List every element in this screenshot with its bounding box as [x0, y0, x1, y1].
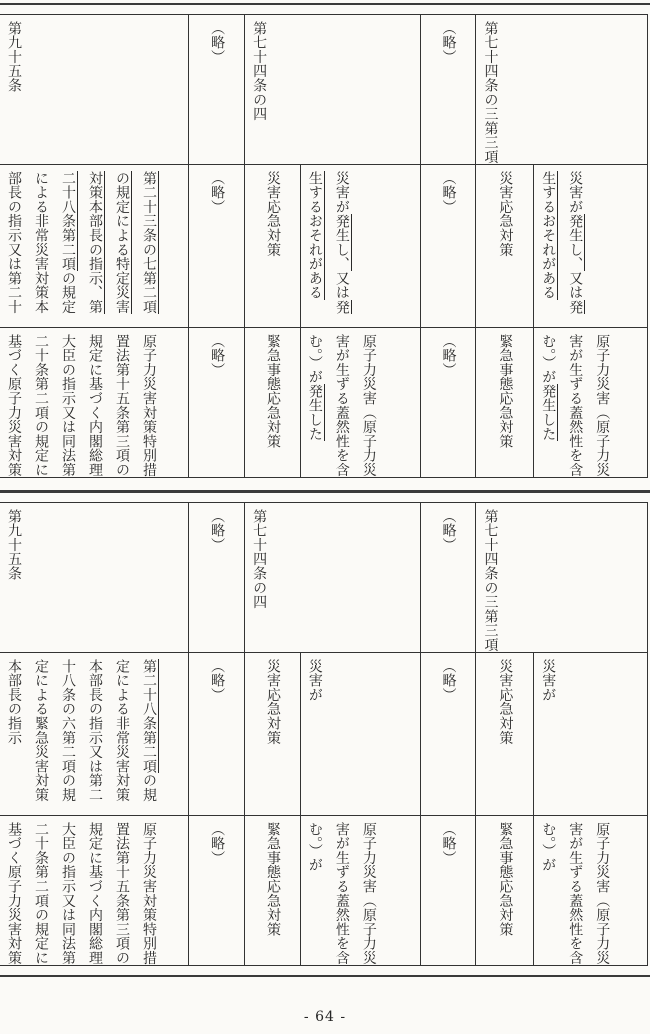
article-95-header-cell: 第九十五条 [0, 502, 189, 652]
vertical-text: （略） [435, 816, 462, 965]
vertical-text: 第二十八条第二項の規定による非常災害対策本部長の指示又は第二十八条の六第二項の規… [0, 653, 171, 815]
ryaku-cell: （略） [420, 165, 476, 328]
vertical-text: 災害が発生し、又は発生するおそれがある [534, 165, 597, 327]
underlined-text-segment: 生するおそれがある [307, 171, 325, 300]
vertical-text-line: 第九十五条 [0, 509, 27, 652]
ryaku-cell: （略） [420, 815, 476, 965]
text-segment: 災害が [567, 171, 583, 214]
category-label-cell: 災害応急対策 [476, 165, 534, 328]
vertical-text: 緊急事態応急対策 [491, 328, 518, 477]
amended-provisions-table: 第九十五条 （略） 第七十四条の四 （略） 第七十四条の三第三項 第二十三条の七… [0, 14, 648, 478]
text-segment: 第七十四条の三第三項 [482, 21, 498, 164]
text-segment: 又は [567, 271, 583, 300]
underlined-text-segment: 対策本部長の指示、第 [87, 171, 105, 314]
category-label-cell: 緊急事態応急対策 [476, 328, 534, 478]
category-label-cell: 災害応急対策 [245, 652, 301, 815]
vertical-text-line: 緊急事態応急対策 [491, 334, 518, 477]
vertical-text-line: 規定に基づく内閣総理 [81, 334, 108, 477]
vertical-text: 緊急事態応急対策 [259, 816, 286, 965]
text-segment: （略） [209, 171, 225, 214]
vertical-text-line: 原子力災害（原子力災 [355, 334, 382, 477]
text-segment: 災害が [334, 171, 350, 214]
vertical-text-line: む。）が発生した [301, 334, 328, 477]
article-95-header-cell: 第九十五条 [0, 15, 189, 165]
middle-horizontal-rule [0, 490, 650, 493]
vertical-text: （略） [203, 15, 230, 164]
vertical-text-line: 第九十五条 [0, 21, 27, 164]
vertical-text-line: 緊急事態応急対策 [259, 334, 286, 477]
vertical-text-line: 第七十四条の三第三項 [476, 21, 503, 164]
vertical-text: （略） [435, 503, 462, 652]
vertical-text-line: 原子力災害（原子力災 [355, 822, 382, 965]
vertical-text: （略） [435, 328, 462, 477]
text-segment: （略） [441, 509, 457, 552]
article-header-row: 第九十五条 （略） 第七十四条の四 （略） 第七十四条の三第三項 [0, 502, 648, 652]
text-segment: （略） [441, 822, 457, 865]
vertical-text: （略） [203, 816, 230, 965]
ryaku-cell: （略） [189, 15, 245, 165]
vertical-text-line: む。）が [301, 822, 328, 965]
vertical-text: 第七十四条の四 [245, 15, 292, 164]
vertical-text-line: 害が生ずる蓋然性を含 [561, 334, 588, 477]
provision-text-cell: 原子力災害（原子力災害が生ずる蓋然性を含む。）が発生した [534, 328, 648, 478]
vertical-text-line: （略） [203, 334, 230, 477]
vertical-text: 災害応急対策 [491, 653, 518, 815]
vertical-text-line: 置法第十五条第三項の [108, 334, 135, 477]
text-segment: 定による緊急災害対策 [33, 659, 49, 802]
vertical-text-line: 本部長の指示又は第二 [81, 659, 108, 815]
text-segment: の規定 [60, 271, 76, 314]
text-segment: （略） [209, 334, 225, 377]
vertical-text-line: 災害が発生し、又は発 [561, 171, 588, 327]
provision-text-cell: 災害が [534, 652, 648, 815]
vertical-text-line: 二十条第二項の規定に [27, 334, 54, 477]
underlined-text-segment: 生するおそれがある [540, 171, 558, 300]
text-segment: む。）が [307, 822, 323, 872]
vertical-text: 第七十四条の三第三項 [476, 503, 523, 652]
article-74-4-header-cell: 第七十四条の四 [245, 15, 421, 165]
current-provisions-table: 第九十五条 （略） 第七十四条の四 （略） 第七十四条の三第三項 第二十八条第二… [0, 502, 648, 966]
text-segment: 第七十四条の三第三項 [482, 509, 498, 652]
text-segment: む。）が [307, 334, 323, 384]
provision-text-cell: 災害が [300, 652, 420, 815]
vertical-text-line: 原子力災害（原子力災 [588, 822, 615, 965]
text-segment: 又は [334, 271, 350, 300]
vertical-text-line: （略） [435, 334, 462, 477]
ryaku-cell: （略） [189, 165, 245, 328]
disaster-response-row: 第二十八条第二項の規定による非常災害対策本部長の指示又は第二十八条の六第二項の規… [0, 652, 648, 815]
text-segment: （略） [209, 822, 225, 865]
vertical-text: 第二十三条の七第二項の規定による特定災害対策本部長の指示、第二十八条第二項の規定… [0, 165, 171, 327]
text-segment: 災害が [307, 659, 323, 702]
article-74-3-3-header-cell: 第七十四条の三第三項 [476, 502, 648, 652]
text-segment: 災害応急対策 [497, 659, 513, 745]
vertical-text-line: （略） [435, 509, 462, 652]
ryaku-cell: （略） [420, 328, 476, 478]
text-segment: （略） [209, 21, 225, 64]
underlined-text-segment: 発生し、 [567, 214, 585, 271]
vertical-text-line: 生するおそれがある [301, 171, 328, 327]
vertical-text-line: による非常災害対策本 [27, 171, 54, 327]
vertical-text-line: 生するおそれがある [534, 171, 561, 327]
text-segment: 害が生ずる蓋然性を含 [334, 822, 350, 965]
vertical-text-line: 置法第十五条第三項の [108, 822, 135, 965]
text-segment: 緊急事態応急対策 [265, 822, 281, 936]
vertical-text: 災害が [301, 653, 337, 815]
vertical-text: （略） [435, 15, 462, 164]
vertical-text-line: 大臣の指示又は同法第 [54, 822, 81, 965]
underlined-text-segment: 発 [334, 300, 352, 314]
provision-text-cell: 災害が発生し、又は発生するおそれがある [534, 165, 648, 328]
article-74-3-3-header-cell: 第七十四条の三第三項 [476, 15, 648, 165]
document-page: 第九十五条 （略） 第七十四条の四 （略） 第七十四条の三第三項 第二十三条の七… [0, 0, 650, 1034]
text-segment: 緊急事態応急対策 [497, 334, 513, 448]
vertical-text-line: 原子力災害対策特別措 [135, 334, 162, 477]
vertical-text-line: 定による緊急災害対策 [27, 659, 54, 815]
category-label-cell: 緊急事態応急対策 [476, 815, 534, 965]
vertical-text-line: （略） [435, 822, 462, 965]
text-segment: 緊急事態応急対策 [265, 334, 281, 448]
vertical-text: 原子力災害（原子力災害が生ずる蓋然性を含む。）が [534, 816, 624, 965]
vertical-text-line: 規定に基づく内閣総理 [81, 822, 108, 965]
vertical-text: 第九十五条 [0, 15, 36, 164]
vertical-text-line: （略） [203, 171, 230, 327]
vertical-text: （略） [435, 165, 462, 327]
vertical-text-line: 大臣の指示又は同法第 [54, 334, 81, 477]
vertical-text-line: 第二十八条第二項の規 [135, 659, 162, 815]
vertical-text: 緊急事態応急対策 [259, 328, 286, 477]
vertical-text-line: 対策本部長の指示、第 [81, 171, 108, 327]
text-segment: 原子力災害（原子力災 [361, 822, 377, 965]
category-label-cell: 災害応急対策 [245, 165, 301, 328]
text-segment: 定による非常災害対策 [114, 659, 130, 802]
provision-text-cell: 原子力災害（原子力災害が生ずる蓋然性を含む。）が [300, 815, 420, 965]
text-segment: む。）が [540, 334, 556, 384]
vertical-text-line: （略） [203, 21, 230, 164]
text-segment: 災害応急対策 [497, 171, 513, 257]
text-segment: 部長の指示又は第二十 [6, 171, 22, 314]
vertical-text: 災害が発生し、又は発生するおそれがある [301, 165, 364, 327]
vertical-text-line: 二十八条第二項の規定 [54, 171, 81, 327]
vertical-text-line: 災害応急対策 [491, 171, 518, 327]
text-segment: 害が生ずる蓋然性を含 [334, 334, 350, 477]
vertical-text: 原子力災害（原子力災害が生ずる蓋然性を含む。）が発生した [301, 328, 391, 477]
text-segment: 基づく原子力災害対策 [6, 822, 22, 965]
vertical-text: 災害が [534, 653, 570, 815]
vertical-text-line: 原子力災害（原子力災 [588, 334, 615, 477]
text-segment: 原子力災害（原子力災 [361, 334, 377, 477]
text-segment: （略） [209, 659, 225, 702]
vertical-text: 第七十四条の三第三項 [476, 15, 523, 164]
text-segment: 第七十四条の四 [251, 21, 267, 121]
vertical-text-line: 第七十四条の四 [245, 509, 272, 652]
top-horizontal-rule [0, 3, 650, 5]
vertical-text-line: 緊急事態応急対策 [259, 822, 286, 965]
text-segment: 原子力災害対策特別措 [141, 334, 157, 477]
article-95-provision-cell: 第二十三条の七第二項の規定による特定災害対策本部長の指示、第二十八条第二項の規定… [0, 165, 189, 328]
vertical-text-line: 災害応急対策 [259, 659, 286, 815]
emergency-response-row: 原子力災害対策特別措置法第十五条第三項の規定に基づく内閣総理大臣の指示又は同法第… [0, 328, 648, 478]
underlined-text-segment: 発生し、 [334, 214, 352, 271]
text-segment: （略） [441, 171, 457, 214]
vertical-text-line: 害が生ずる蓋然性を含 [561, 822, 588, 965]
text-segment: 置法第十五条第三項の [114, 822, 130, 965]
article-95-provision-cell: 第二十八条第二項の規定による非常災害対策本部長の指示又は第二十八条の六第二項の規… [0, 652, 189, 815]
category-label-cell: 緊急事態応急対策 [245, 815, 301, 965]
article-header-row: 第九十五条 （略） 第七十四条の四 （略） 第七十四条の三第三項 [0, 15, 648, 165]
vertical-text: （略） [203, 165, 230, 327]
underlined-text-segment: 第二十三条の七第二項 [141, 171, 159, 314]
provision-text-cell: 原子力災害（原子力災害が生ずる蓋然性を含む。）が [534, 815, 648, 965]
vertical-text-line: （略） [203, 822, 230, 965]
text-segment: 害が生ずる蓋然性を含 [567, 334, 583, 477]
ryaku-cell: （略） [189, 815, 245, 965]
vertical-text-line: 害が生ずる蓋然性を含 [328, 822, 355, 965]
vertical-text-line: 本部長の指示 [0, 659, 27, 815]
vertical-text-line: の規定による特定災害 [108, 171, 135, 327]
vertical-text: 原子力災害（原子力災害が生ずる蓋然性を含む。）が [301, 816, 391, 965]
vertical-text-line: 害が生ずる蓋然性を含 [328, 334, 355, 477]
text-segment: （略） [441, 21, 457, 64]
vertical-text: 原子力災害対策特別措置法第十五条第三項の規定に基づく内閣総理大臣の指示又は同法第… [0, 816, 171, 965]
underlined-text-segment: 二十八条第二項 [60, 171, 78, 271]
text-segment: 大臣の指示又は同法第 [60, 334, 76, 477]
text-segment: 規定に基づく内閣総理 [87, 822, 103, 965]
disaster-response-row: 第二十三条の七第二項の規定による特定災害対策本部長の指示、第二十八条第二項の規定… [0, 165, 648, 328]
ryaku-cell: （略） [189, 502, 245, 652]
vertical-text: 第九十五条 [0, 503, 36, 652]
text-segment: 二十条第二項の規定に [33, 334, 49, 477]
vertical-text-line: 第七十四条の三第三項 [476, 509, 503, 652]
bottom-horizontal-rule [0, 975, 650, 978]
text-segment: 緊急事態応急対策 [497, 822, 513, 936]
vertical-text: 災害応急対策 [491, 165, 518, 327]
text-segment: （略） [441, 659, 457, 702]
text-segment: 規定に基づく内閣総理 [87, 334, 103, 477]
vertical-text-line: （略） [203, 659, 230, 815]
vertical-text: （略） [203, 653, 230, 815]
text-segment: による非常災害対策本 [33, 171, 49, 314]
underlined-text-segment: の規定による特定災害 [114, 171, 132, 314]
vertical-text: 緊急事態応急対策 [491, 816, 518, 965]
ryaku-cell: （略） [189, 328, 245, 478]
article-95-provision-cell: 原子力災害対策特別措置法第十五条第三項の規定に基づく内閣総理大臣の指示又は同法第… [0, 328, 189, 478]
vertical-text: （略） [435, 653, 462, 815]
article-74-4-header-cell: 第七十四条の四 [245, 502, 421, 652]
text-segment: 原子力災害（原子力災 [594, 822, 610, 965]
vertical-text: （略） [203, 503, 230, 652]
provision-text-cell: 原子力災害（原子力災害が生ずる蓋然性を含む。）が発生した [300, 328, 420, 478]
provision-text-cell: 災害が発生し、又は発生するおそれがある [300, 165, 420, 328]
vertical-text-line: 基づく原子力災害対策 [0, 334, 27, 477]
category-label-cell: 緊急事態応急対策 [245, 328, 301, 478]
text-segment: 原子力災害対策特別措 [141, 822, 157, 965]
vertical-text-line: （略） [435, 171, 462, 327]
vertical-text-line: （略） [435, 659, 462, 815]
vertical-text-line: 原子力災害対策特別措 [135, 822, 162, 965]
ryaku-cell: （略） [420, 15, 476, 165]
vertical-text-line: 災害が [301, 659, 328, 815]
text-segment: 二十条第二項の規定に [33, 822, 49, 965]
emergency-response-row: 原子力災害対策特別措置法第十五条第三項の規定に基づく内閣総理大臣の指示又は同法第… [0, 815, 648, 965]
vertical-text: 災害応急対策 [259, 165, 286, 327]
vertical-text-line: 第二十三条の七第二項 [135, 171, 162, 327]
article-95-provision-cell: 原子力災害対策特別措置法第十五条第三項の規定に基づく内閣総理大臣の指示又は同法第… [0, 815, 189, 965]
vertical-text: 原子力災害対策特別措置法第十五条第三項の規定に基づく内閣総理大臣の指示又は同法第… [0, 328, 171, 477]
page-number: - 64 - [0, 1009, 650, 1025]
vertical-text: 災害応急対策 [259, 653, 286, 815]
text-segment: （略） [209, 509, 225, 552]
vertical-text: （略） [203, 328, 230, 477]
text-segment: 災害が [540, 659, 556, 702]
text-segment: 基づく原子力災害対策 [6, 334, 22, 477]
vertical-text: 第七十四条の四 [245, 503, 292, 652]
vertical-text-line: 定による非常災害対策 [108, 659, 135, 815]
vertical-text-line: 緊急事態応急対策 [491, 822, 518, 965]
vertical-text-line: （略） [435, 21, 462, 164]
vertical-text-line: 第七十四条の四 [245, 21, 272, 164]
vertical-text-line: 二十条第二項の規定に [27, 822, 54, 965]
vertical-text-line: （略） [203, 509, 230, 652]
vertical-text-line: む。）が発生した [534, 334, 561, 477]
text-segment: 本部長の指示 [6, 659, 22, 745]
vertical-text: 原子力災害（原子力災害が生ずる蓋然性を含む。）が発生した [534, 328, 624, 477]
underlined-text-segment: 発生した [540, 384, 558, 441]
ryaku-cell: （略） [420, 652, 476, 815]
text-segment: 第七十四条の四 [251, 509, 267, 609]
vertical-text-line: 災害が発生し、又は発 [328, 171, 355, 327]
vertical-text-line: 基づく原子力災害対策 [0, 822, 27, 965]
ryaku-cell: （略） [420, 502, 476, 652]
text-segment: む。）が [540, 822, 556, 872]
vertical-text-line: 災害応急対策 [259, 171, 286, 327]
vertical-text-line: 災害応急対策 [491, 659, 518, 815]
vertical-text-line: 十八条の六第二項の規 [54, 659, 81, 815]
ryaku-cell: （略） [189, 652, 245, 815]
vertical-text-line: む。）が [534, 822, 561, 965]
underlined-text-segment: 発 [567, 300, 585, 314]
text-segment: （略） [441, 334, 457, 377]
text-segment: 十八条の六第二項の規 [60, 659, 76, 802]
text-segment: 害が生ずる蓋然性を含 [567, 822, 583, 965]
category-label-cell: 災害応急対策 [476, 652, 534, 815]
text-segment: 災害応急対策 [265, 659, 281, 745]
text-segment: 原子力災害（原子力災 [594, 334, 610, 477]
text-segment: 第九十五条 [6, 21, 22, 93]
underlined-text-segment: 第二十八条第二項 [141, 659, 159, 773]
text-segment: 本部長の指示又は第二 [87, 659, 103, 802]
text-segment: の規 [141, 773, 157, 802]
text-segment: 置法第十五条第三項の [114, 334, 130, 477]
text-segment: 第九十五条 [6, 509, 22, 581]
underlined-text-segment: 発生した [307, 384, 325, 441]
vertical-text-line: 部長の指示又は第二十 [0, 171, 27, 327]
text-segment: 災害応急対策 [265, 171, 281, 257]
text-segment: 大臣の指示又は同法第 [60, 822, 76, 965]
vertical-text-line: 災害が [534, 659, 561, 815]
